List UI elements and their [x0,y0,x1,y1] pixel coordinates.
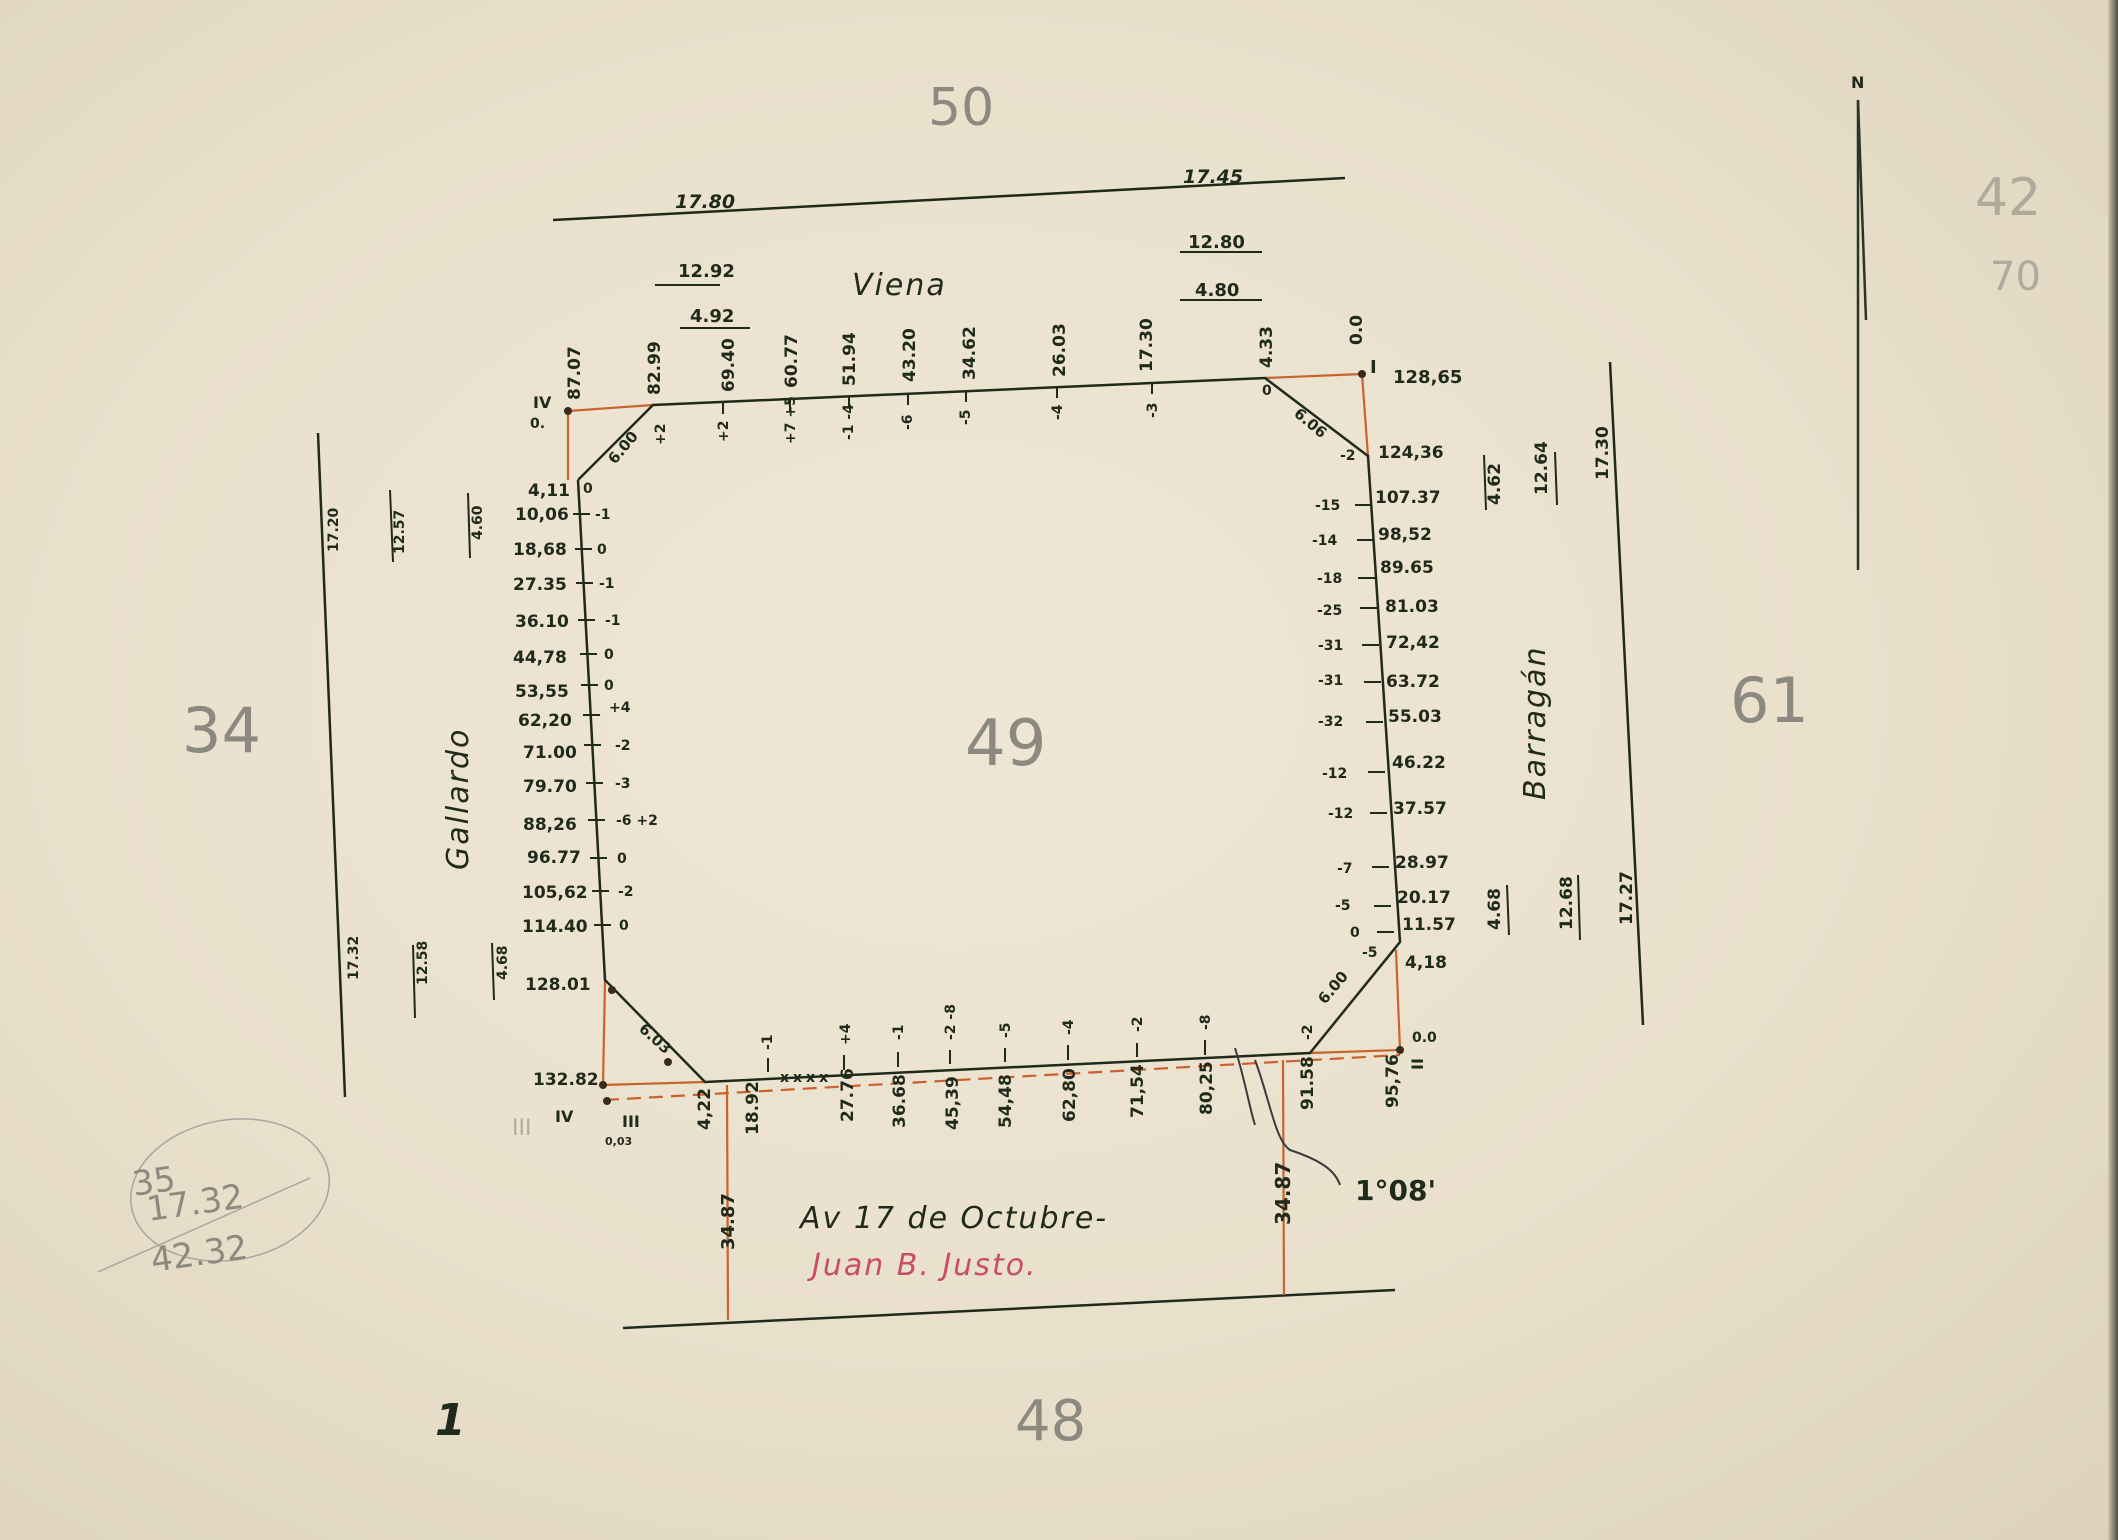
svg-text:-12: -12 [1328,806,1353,822]
svg-text:17.32: 17.32 [346,936,362,980]
svg-text:-6 +2: -6 +2 [616,813,658,829]
svg-text:34.62: 34.62 [960,326,980,380]
svg-text:43.20: 43.20 [900,328,920,382]
svg-text:-32: -32 [1318,714,1343,730]
svg-text:20.17: 20.17 [1397,888,1451,908]
svg-text:0: 0 [604,647,614,663]
svg-text:-8: -8 [1198,1014,1214,1030]
north-width-right: 17.45 [1183,166,1243,188]
svg-text:10,06: 10,06 [515,505,569,525]
svg-text:12.57: 12.57 [392,510,408,554]
east-offsets: -2 -15 -14 -18 -25 -31 -31 -32 -12 -12 -… [1312,448,1378,961]
svg-text:62,20: 62,20 [518,711,572,731]
svg-text:55.03: 55.03 [1388,707,1442,727]
svg-text:53,55: 53,55 [515,682,569,702]
svg-text:-12: -12 [1322,766,1347,782]
svg-text:0: 0 [597,542,607,558]
west-stations: 4,11 10,06 18,68 27.35 36.10 44,78 53,55… [513,481,599,1090]
faded-number-70: 70 [1990,254,2041,300]
svg-text:+2: +2 [716,421,732,442]
svg-text:69.40: 69.40 [719,338,739,392]
svg-text:4.33: 4.33 [1257,326,1277,368]
svg-text:105,62: 105,62 [522,883,588,903]
street-name-west: Gallardo [441,728,476,870]
svg-text:0: 0 [1262,383,1272,399]
svg-text:44,78: 44,78 [513,648,567,668]
svg-text:51.94: 51.94 [840,332,860,386]
north-4-right: 4.80 [1195,280,1239,301]
svg-text:26.03: 26.03 [1050,323,1070,377]
svg-text:71,54: 71,54 [1128,1064,1148,1118]
svg-text:4,11: 4,11 [528,481,570,501]
svg-text:37.57: 37.57 [1393,799,1447,819]
block-label-west: 34 [182,694,261,767]
svg-text:54,48: 54,48 [996,1074,1016,1128]
north-12-right: 12.80 [1188,232,1245,253]
vertex-IV-label: IV [533,393,552,412]
vertex-III-label: III [622,1112,640,1131]
svg-text:0: 0 [1350,925,1360,941]
svg-text:-2 -8: -2 -8 [943,1004,959,1040]
svg-text:-1: -1 [760,1034,776,1050]
svg-text:-25: -25 [1317,603,1342,619]
south-cross-marks: xxxx [780,1070,832,1086]
svg-text:17.30: 17.30 [1593,426,1613,480]
svg-text:96.77: 96.77 [527,848,581,868]
svg-text:-31: -31 [1318,673,1343,689]
svg-text:4.60: 4.60 [470,505,486,540]
block-label-south: 48 [1015,1389,1086,1454]
svg-text:98,52: 98,52 [1378,525,1432,545]
svg-text:0: 0 [604,678,614,694]
svg-text:-15: -15 [1315,498,1340,514]
svg-text:+2: +2 [653,424,669,445]
svg-text:4.62: 4.62 [1485,463,1505,505]
svg-text:27.35: 27.35 [513,575,567,595]
vertex-IV-bottom: IV [555,1107,574,1126]
south-depth-left: 34.87 [718,1193,739,1250]
street-name-north: Viena [852,268,947,303]
svg-text:88,26: 88,26 [523,815,577,835]
svg-text:62,80: 62,80 [1060,1068,1080,1122]
svg-text:0.0: 0.0 [1347,315,1367,345]
pencil-III: III [512,1116,531,1141]
svg-text:-2: -2 [615,738,631,754]
svg-text:-18: -18 [1317,571,1342,587]
street-name-east: Barragán [1518,646,1553,800]
svg-text:-1 -4: -1 -4 [841,404,857,440]
svg-text:27.76: 27.76 [838,1068,858,1122]
svg-text:124,36: 124,36 [1378,443,1444,463]
svg-text:72,42: 72,42 [1386,633,1440,653]
svg-text:-7: -7 [1337,861,1353,877]
svg-text:-5: -5 [1362,945,1378,961]
sheet-mark: 1 [435,1395,466,1446]
svg-text:-1: -1 [891,1024,907,1040]
svg-text:4,18: 4,18 [1405,953,1447,973]
svg-text:28.97: 28.97 [1395,853,1449,873]
svg-text:71.00: 71.00 [523,743,577,763]
svg-text:89.65: 89.65 [1380,558,1434,578]
svg-text:-4: -4 [1050,404,1066,420]
svg-text:36.68: 36.68 [890,1074,910,1128]
svg-text:-5: -5 [1335,898,1351,914]
svg-text:82.99: 82.99 [645,341,665,395]
svg-text:-6: -6 [900,414,916,430]
street-name-south-red: Juan B. Justo. [807,1248,1038,1283]
east-street-widths: 4.62 12.64 17.30 4.68 12.68 17.27 [1484,426,1637,940]
svg-text:63.72: 63.72 [1386,672,1440,692]
svg-text:-1: -1 [595,507,611,523]
svg-text:79.70: 79.70 [523,777,577,797]
chamfer-ne: 6.06 [1290,404,1330,442]
svg-text:132.82: 132.82 [533,1070,599,1090]
survey-sheet: 50 34 61 48 49 42 70 N 17.80 17.45 12.92… [0,0,2118,1540]
svg-text:-3: -3 [1145,402,1161,418]
vertex-I-label: I [1370,357,1377,378]
vertex-IV-value: 0. [530,416,545,432]
svg-text:-3: -3 [615,776,631,792]
north-width-left: 17.80 [675,191,735,213]
svg-text:+7 +5: +7 +5 [783,396,799,444]
svg-text:36.10: 36.10 [515,612,569,632]
svg-text:+4: +4 [838,1023,854,1045]
north-12-left: 12.92 [678,261,735,282]
svg-text:18.92: 18.92 [743,1081,763,1135]
svg-text:-5: -5 [998,1022,1014,1038]
svg-text:-31: -31 [1318,638,1343,654]
svg-text:0: 0 [619,918,629,934]
svg-text:-2: -2 [1130,1016,1146,1032]
svg-text:4,22: 4,22 [695,1088,715,1130]
svg-text:11.57: 11.57 [1402,915,1456,935]
svg-text:107.37: 107.37 [1375,488,1441,508]
svg-text:-1: -1 [605,613,621,629]
svg-text:0.0: 0.0 [1412,1030,1437,1046]
north-4-left: 4.92 [690,306,734,327]
faded-number-42: 42 [1975,168,2041,228]
svg-text:4.68: 4.68 [495,945,511,980]
svg-text:17.27: 17.27 [1617,871,1637,925]
south-offsets: -1 +4 -1 -2 -8 -5 -4 -2 -8 -2 [760,1004,1316,1050]
south-depth-right: 34.87 [1271,1162,1295,1225]
vertex-II-label: II [1408,1058,1427,1070]
svg-text:80,25: 80,25 [1197,1061,1217,1115]
svg-text:12.64: 12.64 [1532,441,1552,495]
block-number: 49 [965,707,1046,781]
svg-text:-2: -2 [1340,448,1356,464]
svg-text:-5: -5 [958,409,974,425]
block-label-north: 50 [928,78,994,138]
svg-text:87.07: 87.07 [565,346,585,400]
svg-text:-2: -2 [1300,1024,1316,1040]
svg-text:-4: -4 [1061,1019,1077,1035]
pencil-calculation: 35 17.32 42.32 [98,1104,341,1281]
svg-text:0: 0 [583,481,593,497]
svg-text:45,39: 45,39 [943,1076,963,1130]
svg-text:12.58: 12.58 [415,941,431,985]
west-offsets: 0 -1 0 -1 -1 0 0 +4 -2 -3 -6 +2 0 -2 0 [583,481,658,934]
svg-text:128.01: 128.01 [525,975,591,995]
svg-text:60.77: 60.77 [782,334,802,388]
svg-text:-1: -1 [599,576,615,592]
svg-text:17.20: 17.20 [326,507,342,552]
svg-text:46.22: 46.22 [1392,753,1446,773]
chamfer-sw: 6.03 [635,1020,675,1058]
block-label-east: 61 [1730,664,1809,737]
survey-plan-drawing: 50 34 61 48 49 42 70 N 17.80 17.45 12.92… [0,0,2118,1540]
svg-text:17.30: 17.30 [1137,318,1157,372]
svg-text:81.03: 81.03 [1385,597,1439,617]
chamfer-se: 6.00 [1314,968,1352,1008]
svg-text:0: 0 [617,851,627,867]
svg-text:+4: +4 [609,700,631,716]
svg-text:42.32: 42.32 [148,1228,250,1281]
svg-text:-2: -2 [618,884,634,900]
svg-text:95,76: 95,76 [1383,1054,1403,1108]
west-street-widths: 17.20 12.57 4.60 17.32 12.58 4.68 [326,490,511,1018]
svg-text:18,68: 18,68 [513,540,567,560]
angle-note: 1°08' [1355,1174,1436,1207]
svg-text:114.40: 114.40 [522,917,588,937]
svg-text:-14: -14 [1312,533,1338,549]
svg-text:12.68: 12.68 [1557,876,1577,930]
svg-text:91.58: 91.58 [1298,1056,1318,1110]
svg-text:N: N [1851,73,1864,92]
svg-text:4.68: 4.68 [1485,888,1505,930]
vertex-III-note: 0,03 [605,1135,632,1148]
vertex-I-value: 128,65 [1393,367,1462,388]
street-name-south: Av 17 de Octubre- [798,1201,1108,1236]
north-arrow-icon: N [1851,73,1866,570]
